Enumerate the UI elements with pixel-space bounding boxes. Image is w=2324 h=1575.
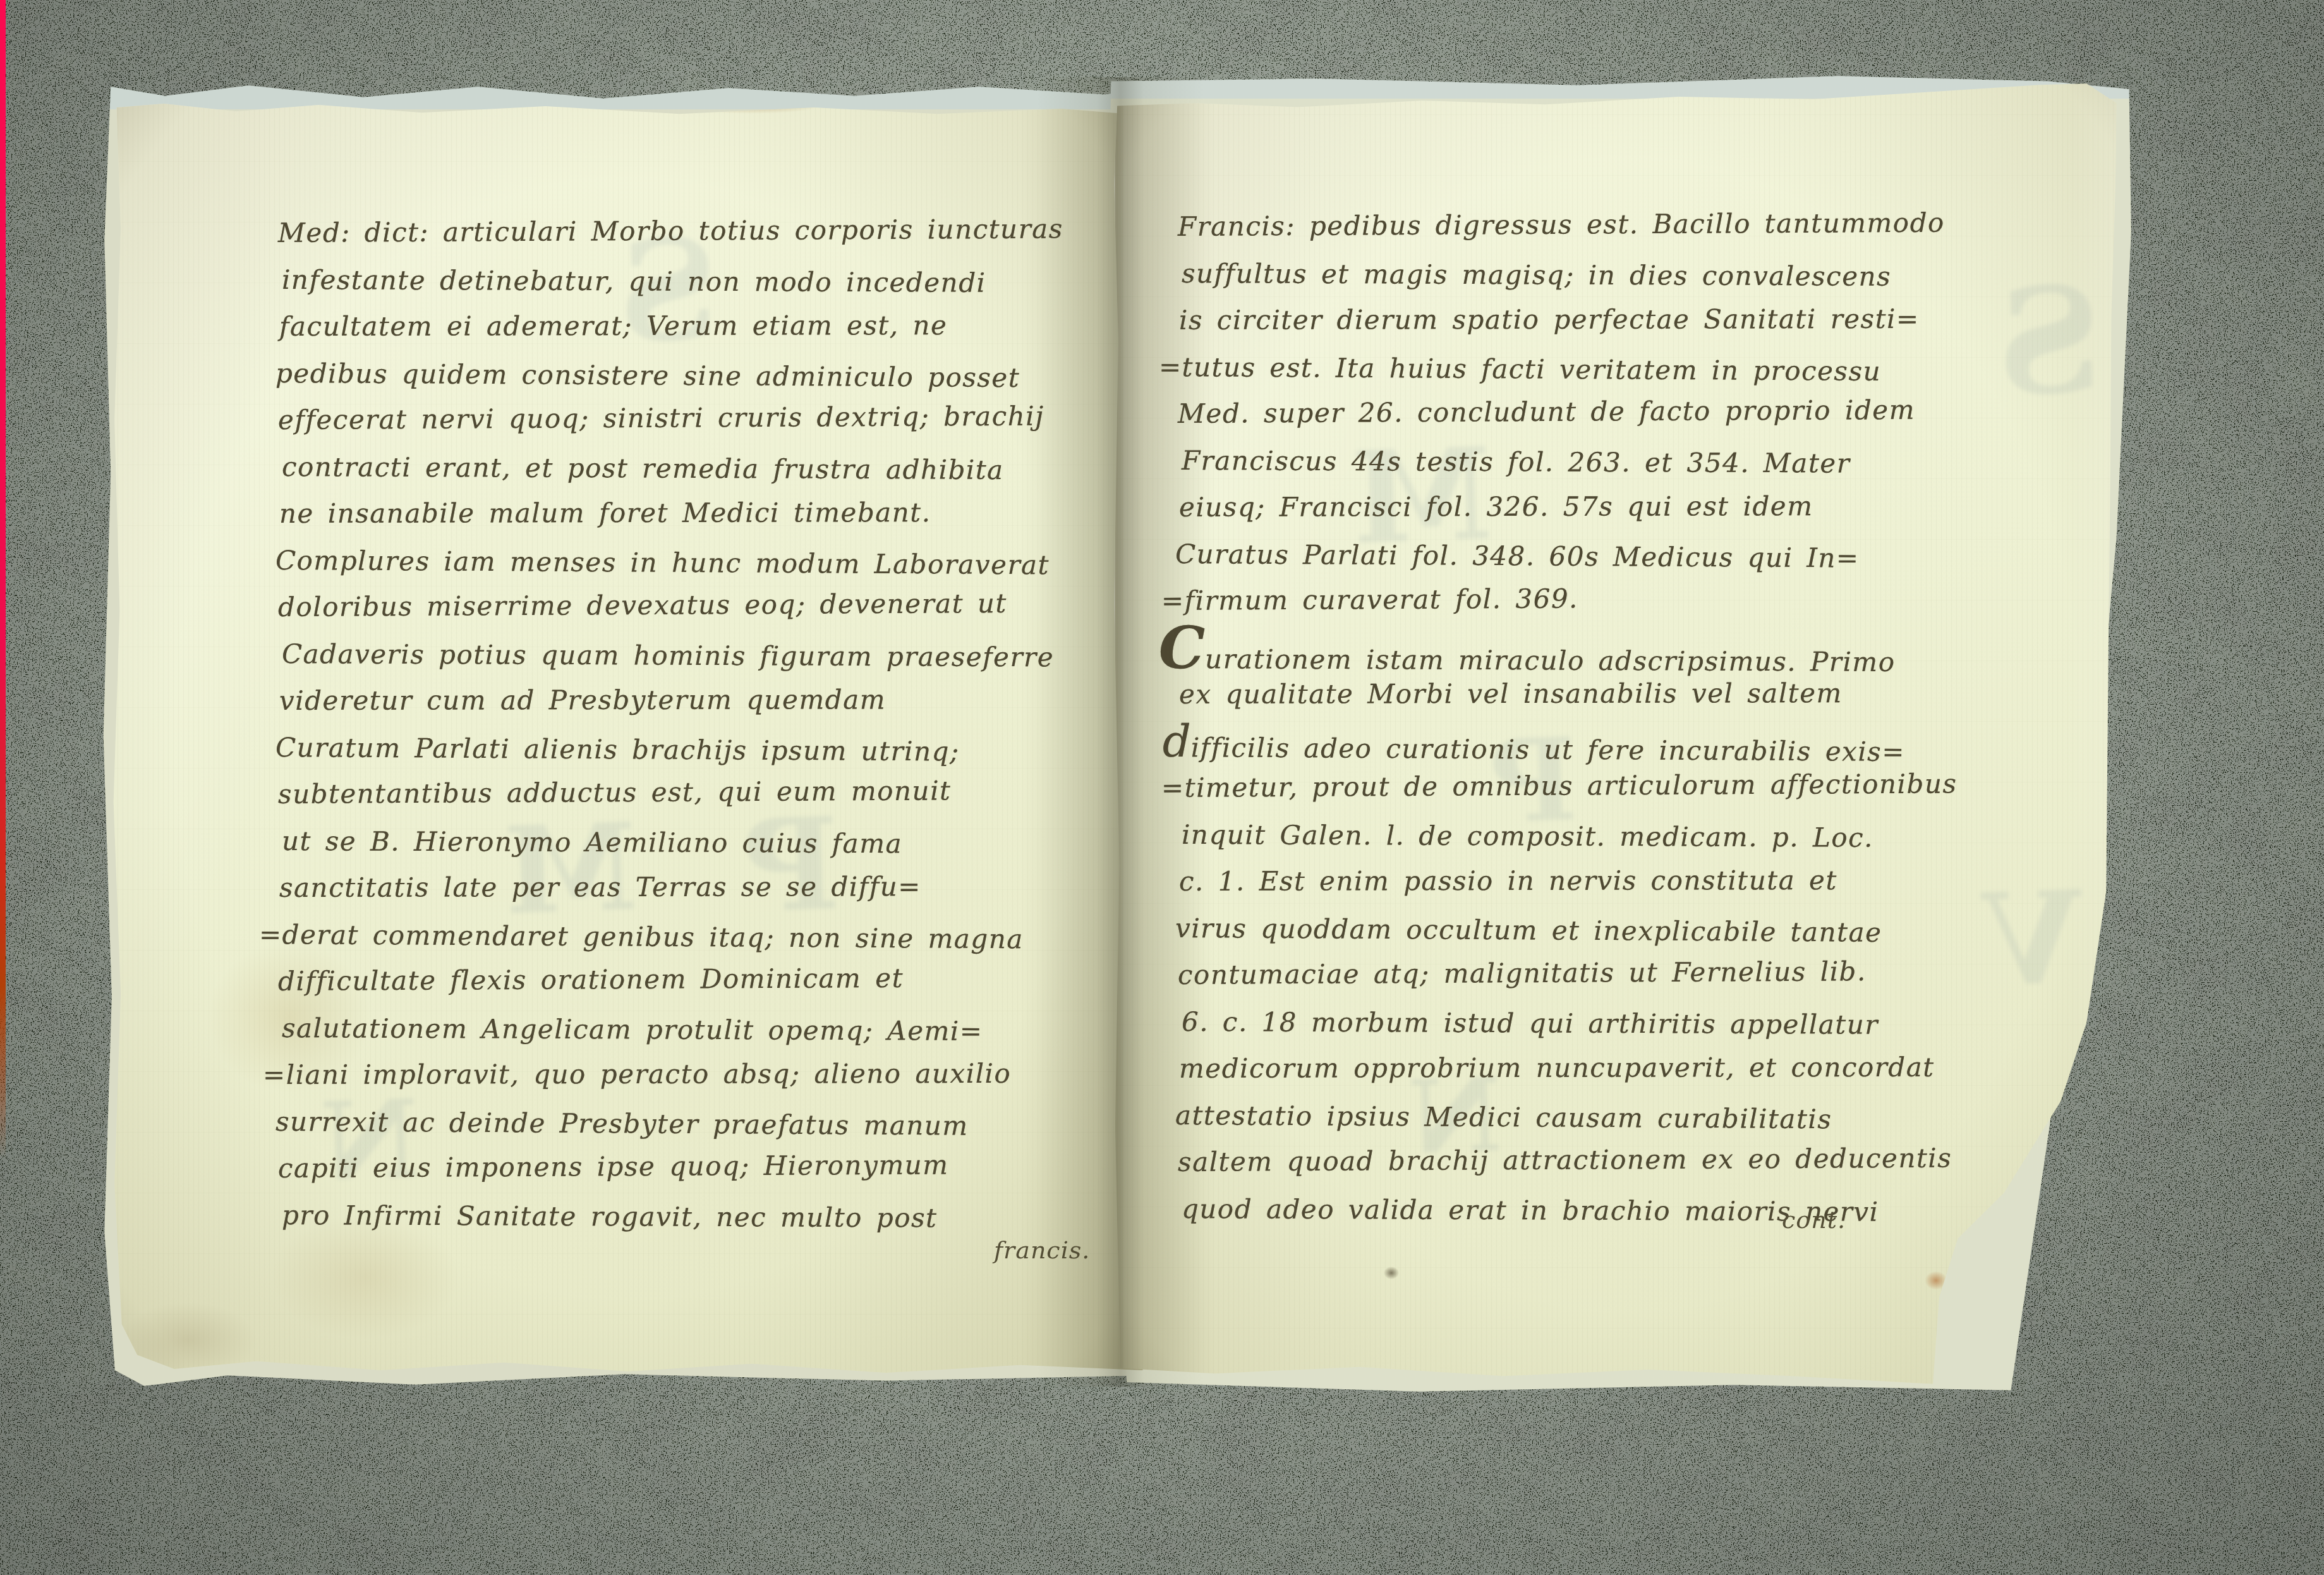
left-page-text: Med: dict: articulari Morbo totius corpo… (278, 210, 1156, 1239)
manuscript-line: sanctitatis late per eas Terras se se di… (279, 863, 1158, 911)
manuscript-page-right: SMPVN Francis: pedibus digressus est. Ba… (1112, 80, 2143, 1389)
manuscript-line: inquit Galen. l. de composit. medicam. p… (1182, 812, 2022, 862)
manuscript-line: pro Infirmi Sanitate rogavit, nec multo … (282, 1192, 1160, 1243)
ink-spot (1384, 1267, 1399, 1279)
manuscript-line: contracti erant, et post remedia frustra… (282, 444, 1160, 494)
manuscript-page-left: SMPN Med: dict: articulari Morbo totius … (112, 101, 1144, 1375)
manuscript-line: =timetur, prout de omnibus articulorum a… (1161, 760, 2018, 812)
manuscript-line: is circiter dierum spatio perfectae Sani… (1179, 296, 2019, 344)
manuscript-line: =firmum curaverat fol. 369. (1161, 573, 2018, 624)
manuscript-line: ut se B. Hieronymo Aemiliano cuius fama (282, 818, 1160, 868)
manuscript-line: doloribus miserrime devexatus eoq; deven… (278, 580, 1156, 631)
manuscript-line: subtentantibus adductus est, qui eum mon… (278, 767, 1156, 818)
manuscript-line: facultatem ei ademerat; Verum etiam est,… (279, 302, 1158, 350)
manuscript-line: Franciscus 44s testis fol. 263. et 354. … (1182, 437, 2022, 488)
manuscript-line: difficultate flexis orationem Dominicam … (278, 954, 1156, 1005)
manuscript-line: Francis: pedibus digressus est. Bacillo … (1178, 199, 2018, 250)
manuscript-line: 6. c. 18 morbum istud qui arthiritis app… (1182, 999, 2022, 1049)
left-page-catchword: francis. (994, 1236, 1090, 1264)
manuscript-line: Cadaveris potius quam hominis figuram pr… (282, 631, 1160, 681)
manuscript-line: suffultus et magis magisq; in dies conva… (1182, 250, 2022, 301)
manuscript-line: medicorum opprobrium nuncupaverit, et co… (1179, 1044, 2019, 1092)
manuscript-line: saltem quoad brachij attractionem ex eo … (1178, 1134, 2018, 1186)
right-page-text: Francis: pedibus digressus est. Bacillo … (1178, 204, 2018, 1232)
manuscript-line: =liani imploravit, quo peracto absq; ali… (263, 1050, 1158, 1098)
manuscript-line: salutationem Angelicam protulit opemq; A… (282, 1005, 1160, 1055)
manuscript-line: effecerat nervi quoq; sinistri cruris de… (278, 392, 1156, 444)
manuscript-line: quod adeo valida erat in brachio maioris… (1182, 1186, 2022, 1236)
manuscript-line: eiusq; Francisci fol. 326. 57s qui est i… (1179, 483, 2019, 531)
manuscript-line: Med: dict: articulari Morbo totius corpo… (278, 205, 1156, 257)
manuscript-line: Med. super 26. concludunt de facto propr… (1178, 386, 2018, 437)
manuscript-line: c. 1. Est enim passio in nervis constitu… (1179, 857, 2019, 905)
manuscript-line: capiti eius imponens ipse quoq; Hieronym… (278, 1141, 1156, 1192)
right-page-catchword: cont. (1782, 1206, 1846, 1234)
manuscript-line: Curationem istam miraculo adscripsimus. … (1182, 624, 2022, 675)
manuscript-line: ne insanabile malum foret Medici timeban… (279, 489, 1158, 537)
scan-backdrop: SMPN Med: dict: articulari Morbo totius … (0, 0, 2324, 1575)
manuscript-line: contumaciae atq; malignitatis ut Ferneli… (1178, 947, 2018, 999)
scan-edge-red-strip (0, 0, 6, 1232)
manuscript-line: infestante detinebatur, qui non modo inc… (282, 257, 1160, 307)
manuscript-line: ex qualitate Morbi vel insanabilis vel s… (1179, 670, 2019, 718)
manuscript-line: videretur cum ad Presbyterum quemdam (279, 676, 1158, 724)
